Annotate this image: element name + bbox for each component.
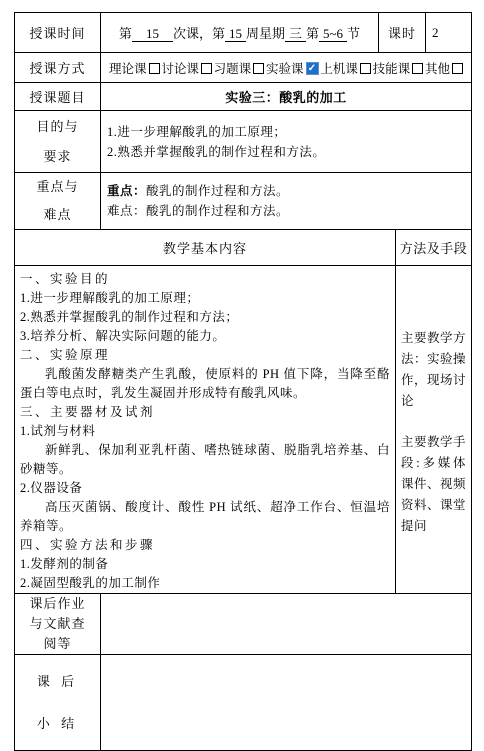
- option-theory: 理论课: [109, 59, 160, 77]
- session-mid1: 次课，第: [173, 26, 225, 41]
- objectives-label: 目的与 要求: [15, 111, 101, 173]
- class-hours-value: 2: [426, 13, 472, 53]
- content-line-5: 二、实验原理: [20, 346, 390, 365]
- week-number-blank: 15: [225, 26, 246, 42]
- weekday-blank: 三: [285, 26, 306, 42]
- computer-checkbox[interactable]: [360, 63, 371, 74]
- option-discussion: 讨论课: [161, 59, 212, 77]
- content-line-8: 1.试剂与材料: [20, 422, 390, 441]
- content-line-2: 1.进一步理解酸乳的加工原理；: [20, 289, 390, 308]
- discussion-checkbox[interactable]: [201, 63, 212, 74]
- objectives-content: 1.进一步理解酸乳的加工原理； 2.熟悉并掌握酸乳的制作过程和方法。: [101, 111, 472, 173]
- content-line-6: 乳酸菌发酵糖类产生乳酸，使原料的 PH 值下降，当降至酪蛋白等电点时，乳发生凝固…: [20, 365, 390, 403]
- course-type-label: 授课方式: [15, 53, 101, 83]
- content-line-12: 四、实验方法和步骤: [20, 536, 390, 555]
- focus-text: 酸乳的制作过程和方法。: [146, 184, 289, 198]
- session-suffix: 节: [347, 26, 360, 41]
- teaching-methods-paragraph: 主要教学方法：实验操作，现场讨论: [401, 328, 466, 412]
- exercise-checkbox[interactable]: [253, 63, 264, 74]
- content-line-13: 1.发酵剂的制备: [20, 555, 390, 574]
- session-number-blank: 15: [132, 26, 173, 42]
- content-line-3: 2.熟悉并掌握酸乳的制作过程和方法；: [20, 308, 390, 327]
- option-experiment: 实验课✓: [266, 59, 319, 77]
- topic-title: 实验三：酸乳的加工: [101, 83, 472, 111]
- main-content: 一、实验目的 1.进一步理解酸乳的加工原理； 2.熟悉并掌握酸乳的制作过程和方法…: [15, 266, 396, 594]
- summary-content-empty: [101, 655, 472, 751]
- topic-label: 授课题目: [15, 83, 101, 111]
- teaching-means-paragraph: 主要教学手段:多媒体课件、视频资料、课堂提问: [401, 432, 466, 537]
- other-checkbox[interactable]: [452, 63, 463, 74]
- session-mid3: 第: [306, 26, 319, 41]
- content-header-side: 方法及手段: [396, 230, 472, 266]
- key-points-content: 重点：酸乳的制作过程和方法。 难点：酸乳的制作过程和方法。: [101, 173, 472, 230]
- content-line-14: 2.凝固型酸乳的加工制作: [20, 574, 390, 593]
- homework-content-empty: [101, 594, 472, 655]
- content-line-9: 新鲜乳、保加利亚乳杆菌、嗜热链球菌、脱脂乳培养基、白砂糖等。: [20, 441, 390, 479]
- experiment-checkbox-checked[interactable]: ✓: [306, 62, 319, 75]
- session-info: 第15次课，第15周星期三第5~6节: [101, 13, 379, 53]
- focus-prefix: 重点：: [107, 184, 146, 198]
- periods-blank: 5~6: [319, 26, 347, 42]
- content-line-7: 三、主要器材及试剂: [20, 403, 390, 422]
- class-hours-label: 课时: [379, 13, 426, 53]
- key-points-label: 重点与 难点: [15, 173, 101, 230]
- objective-line-2: 2.熟悉并掌握酸乳的制作过程和方法。: [107, 142, 465, 162]
- theory-checkbox[interactable]: [149, 63, 160, 74]
- summary-label: 课 后 小 结: [15, 655, 101, 751]
- content-line-11: 高压灭菌锅、酸度计、酸性 PH 试纸、超净工作台、恒温培养箱等。: [20, 498, 390, 536]
- skill-checkbox[interactable]: [412, 63, 423, 74]
- focus-line: 重点：酸乳的制作过程和方法。: [107, 181, 465, 201]
- difficulty-line: 难点：酸乳的制作过程和方法。: [107, 201, 465, 221]
- session-prefix: 第: [119, 26, 132, 41]
- content-header-main: 教学基本内容: [15, 230, 396, 266]
- content-line-10: 2.仪器设备: [20, 479, 390, 498]
- lesson-plan-table: 授课时间 第15次课，第15周星期三第5~6节 课时 2 授课方式 理论课 讨论…: [14, 12, 472, 751]
- content-line-4: 3.培养分析、解决实际问题的能力。: [20, 327, 390, 346]
- option-exercise: 习题课: [214, 59, 265, 77]
- course-type-options: 理论课 讨论课 习题课 实验课✓ 上机课 技能课 其他: [101, 53, 472, 83]
- option-skill: 技能课: [373, 59, 424, 77]
- homework-label: 课后作业 与文献查 阅等: [15, 594, 101, 655]
- difficulty-prefix: 难点：: [107, 204, 146, 218]
- methods-content: 主要教学方法：实验操作，现场讨论 主要教学手段:多媒体课件、视频资料、课堂提问: [396, 266, 472, 594]
- objective-line-1: 1.进一步理解酸乳的加工原理；: [107, 122, 465, 142]
- difficulty-text: 酸乳的制作过程和方法。: [146, 204, 289, 218]
- option-other: 其他: [425, 59, 463, 77]
- content-line-1: 一、实验目的: [20, 270, 390, 289]
- option-computer: 上机课: [320, 59, 371, 77]
- time-row-label: 授课时间: [15, 13, 101, 53]
- session-mid2: 周星期: [246, 26, 285, 41]
